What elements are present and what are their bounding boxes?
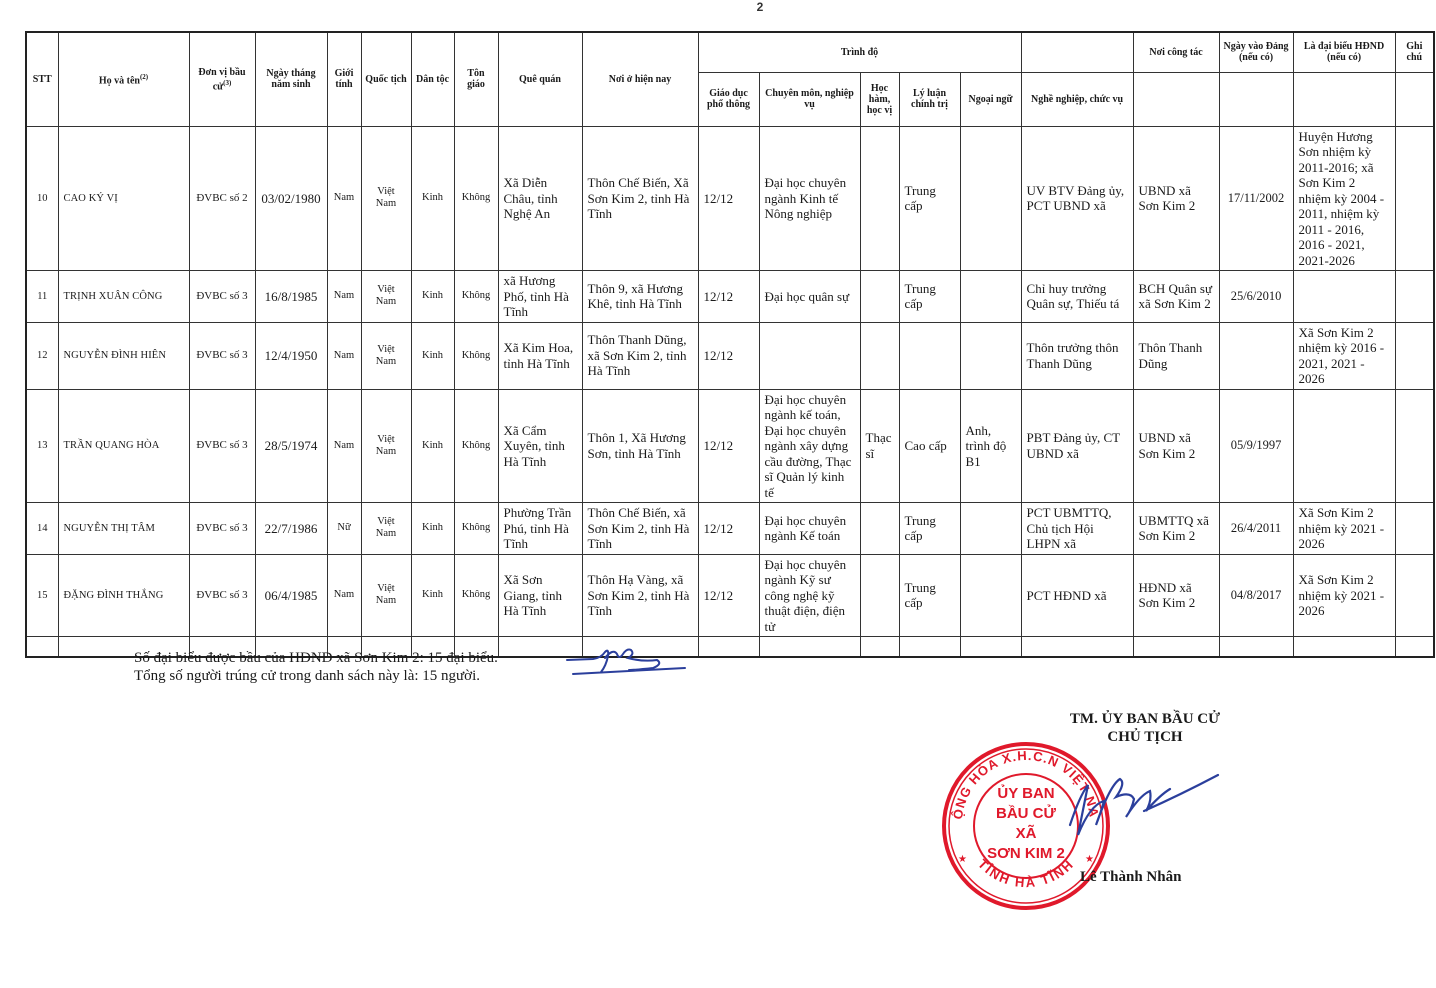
cell-occupation: Thôn trưởng thôn Thanh Dũng: [1021, 322, 1133, 389]
header-party-sub: [1219, 72, 1293, 126]
cell-academic-degree: Thạc sĩ: [860, 389, 899, 503]
cell-workplace: UBND xã Sơn Kim 2: [1133, 389, 1219, 503]
cell-political-theory: Trung cấp: [899, 271, 960, 323]
header-party-join-date: Ngày vào Đảng (nếu có): [1219, 32, 1293, 72]
cell-notes: [1395, 389, 1434, 503]
signature-position: CHỦ TỊCH: [1040, 728, 1250, 746]
cell-council-delegate: Xã Sơn Kim 2 nhiệm kỳ 2016 - 2021, 2021 …: [1293, 322, 1395, 389]
cell-specialization: [759, 322, 860, 389]
cell-name: NGUYỄN THỊ TÂM: [58, 503, 189, 555]
header-dob: Ngày tháng năm sinh: [255, 32, 327, 126]
empty-cell: [1021, 637, 1133, 657]
cell-council-delegate: [1293, 271, 1395, 323]
header-council-delegate: Là đại biểu HĐND (nếu có): [1293, 32, 1395, 72]
cell-nationality: Việt Nam: [361, 271, 411, 323]
cell-party-join-date: 05/9/1997: [1219, 389, 1293, 503]
svg-text:XÃ: XÃ: [1016, 824, 1037, 842]
cell-name: TRỊNH XUÂN CÔNG: [58, 271, 189, 323]
cell-notes: [1395, 554, 1434, 637]
cell-stt: 15: [26, 554, 58, 637]
empty-cell: [1293, 637, 1395, 657]
header-workplace: Nơi công tác: [1133, 32, 1219, 72]
cell-nationality: Việt Nam: [361, 503, 411, 555]
cell-religion: Không: [454, 271, 498, 323]
header-gender: Giới tính: [327, 32, 361, 126]
cell-general-education: 12/12: [698, 322, 759, 389]
cell-gender: Nam: [327, 389, 361, 503]
cell-general-education: 12/12: [698, 503, 759, 555]
cell-gender: Nam: [327, 271, 361, 323]
cell-ethnicity: Kinh: [411, 322, 454, 389]
cell-residence: Thôn Chế Biến, xã Sơn Kim 2, tỉnh Hà Tĩn…: [582, 503, 698, 555]
signer-name: Lê Thành Nhân: [1080, 869, 1181, 886]
table-row: 13TRẦN QUANG HÒAĐVBC số 328/5/1974NamViệ…: [26, 389, 1434, 503]
header-occupation-top: [1021, 32, 1133, 72]
cell-workplace: UBND xã Sơn Kim 2: [1133, 126, 1219, 271]
cell-unit: ĐVBC số 3: [189, 389, 255, 503]
cell-residence: Thôn 1, Xã Hương Sơn, tỉnh Hà Tĩnh: [582, 389, 698, 503]
cell-party-join-date: 26/4/2011: [1219, 503, 1293, 555]
cell-ethnicity: Kinh: [411, 126, 454, 271]
cell-nationality: Việt Nam: [361, 322, 411, 389]
cell-dob: 28/5/1974: [255, 389, 327, 503]
cell-academic-degree: [860, 554, 899, 637]
cell-council-delegate: Xã Sơn Kim 2 nhiệm kỳ 2021 - 2026: [1293, 554, 1395, 637]
cell-unit: ĐVBC số 3: [189, 322, 255, 389]
table-row: 15ĐẶNG ĐÌNH THẮNGĐVBC số 306/4/1985NamVi…: [26, 554, 1434, 637]
cell-religion: Không: [454, 503, 498, 555]
cell-specialization: Đại học chuyên ngành Kinh tế Nông nghiệp: [759, 126, 860, 271]
cell-ethnicity: Kinh: [411, 389, 454, 503]
summary-elected-count: Số đại biểu được bầu của HĐND xã Sơn Kim…: [134, 649, 498, 667]
cell-gender: Nam: [327, 126, 361, 271]
cell-stt: 12: [26, 322, 58, 389]
cell-residence: Thôn Chế Biến, Xã Sơn Kim 2, tỉnh Hà Tĩn…: [582, 126, 698, 271]
table-row: 10CAO KÝ VỊĐVBC số 203/02/1980NamViệt Na…: [26, 126, 1434, 271]
cell-occupation: UV BTV Đảng ủy, PCT UBND xã: [1021, 126, 1133, 271]
cell-ethnicity: Kinh: [411, 503, 454, 555]
svg-text:ỦY BAN: ỦY BAN: [997, 784, 1054, 802]
cell-foreign-language: [960, 271, 1021, 323]
cell-foreign-language: [960, 554, 1021, 637]
header-notes: Ghi chú: [1395, 32, 1434, 72]
cell-name: ĐẶNG ĐÌNH THẮNG: [58, 554, 189, 637]
cell-religion: Không: [454, 389, 498, 503]
cell-council-delegate: Xã Sơn Kim 2 nhiệm kỳ 2021 - 2026: [1293, 503, 1395, 555]
cell-academic-degree: [860, 503, 899, 555]
header-general-education: Giáo dục phổ thông: [698, 72, 759, 126]
signature-org-title: TM. ỦY BAN BẦU CỬ: [1040, 710, 1250, 728]
cell-political-theory: Cao cấp: [899, 389, 960, 503]
header-stt: STT: [26, 32, 58, 126]
svg-text:BẦU CỬ: BẦU CỬ: [996, 804, 1056, 822]
empty-cell: [759, 637, 860, 657]
cell-general-education: 12/12: [698, 126, 759, 271]
cell-residence: Thôn Hạ Vàng, xã Sơn Kim 2, tỉnh Hà Tĩnh: [582, 554, 698, 637]
cell-stt: 10: [26, 126, 58, 271]
cell-name: NGUYỄN ĐÌNH HIÊN: [58, 322, 189, 389]
cell-dob: 03/02/1980: [255, 126, 327, 271]
empty-cell: [960, 637, 1021, 657]
cell-specialization: Đại học chuyên ngành Kỹ sư công nghệ kỹ …: [759, 554, 860, 637]
empty-cell: [899, 637, 960, 657]
cell-notes: [1395, 503, 1434, 555]
cell-party-join-date: 04/8/2017: [1219, 554, 1293, 637]
svg-text:★: ★: [958, 854, 967, 865]
cell-notes: [1395, 126, 1434, 271]
cell-unit: ĐVBC số 2: [189, 126, 255, 271]
cell-workplace: Thôn Thanh Dũng: [1133, 322, 1219, 389]
cell-gender: Nam: [327, 322, 361, 389]
cell-dob: 22/7/1986: [255, 503, 327, 555]
table-row: 11TRỊNH XUÂN CÔNGĐVBC số 316/8/1985NamVi…: [26, 271, 1434, 323]
cell-workplace: UBMTTQ xã Sơn Kim 2: [1133, 503, 1219, 555]
empty-cell: [1395, 637, 1434, 657]
signature-block: TM. ỦY BAN BẦU CỬ CHỦ TỊCH: [1040, 710, 1250, 746]
cell-hometown: xã Hương Phố, tỉnh Hà Tĩnh: [498, 271, 582, 323]
cell-hometown: Xã Diễn Châu, tỉnh Nghệ An: [498, 126, 582, 271]
header-ethnicity: Dân tộc: [411, 32, 454, 126]
cell-political-theory: Trung cấp: [899, 503, 960, 555]
empty-cell: [860, 637, 899, 657]
cell-dob: 06/4/1985: [255, 554, 327, 637]
cell-religion: Không: [454, 322, 498, 389]
empty-cell: [26, 637, 58, 657]
cell-religion: Không: [454, 554, 498, 637]
header-political-theory: Lý luận chính trị: [899, 72, 960, 126]
cell-name: TRẦN QUANG HÒA: [58, 389, 189, 503]
cell-academic-degree: [860, 271, 899, 323]
cell-name: CAO KÝ VỊ: [58, 126, 189, 271]
cell-religion: Không: [454, 126, 498, 271]
header-specialization: Chuyên môn, nghiệp vụ: [759, 72, 860, 126]
cell-notes: [1395, 271, 1434, 323]
cell-workplace: HĐND xã Sơn Kim 2: [1133, 554, 1219, 637]
cell-party-join-date: 25/6/2010: [1219, 271, 1293, 323]
header-qualification-group: Trình độ: [698, 32, 1021, 72]
cell-political-theory: [899, 322, 960, 389]
page-number: 2: [0, 0, 1436, 14]
header-occupation: Nghề nghiệp, chức vụ: [1021, 72, 1133, 126]
cell-ethnicity: Kinh: [411, 271, 454, 323]
header-nationality: Quốc tịch: [361, 32, 411, 126]
cell-occupation: PCT UBMTTQ, Chủ tịch Hội LHPN xã: [1021, 503, 1133, 555]
cell-residence: Thôn 9, xã Hương Khê, tỉnh Hà Tĩnh: [582, 271, 698, 323]
cell-workplace: BCH Quân sự xã Sơn Kim 2: [1133, 271, 1219, 323]
header-academic-degree: Học hàm, học vị: [860, 72, 899, 126]
cell-residence: Thôn Thanh Dũng, xã Sơn Kim 2, tỉnh Hà T…: [582, 322, 698, 389]
cell-gender: Nữ: [327, 503, 361, 555]
cell-occupation: PCT HĐND xã: [1021, 554, 1133, 637]
cell-dob: 16/8/1985: [255, 271, 327, 323]
cell-hometown: Xã Cẩm Xuyên, tỉnh Hà Tĩnh: [498, 389, 582, 503]
svg-text:★: ★: [1085, 854, 1094, 865]
cell-general-education: 12/12: [698, 554, 759, 637]
cell-occupation: PBT Đảng ủy, CT UBND xã: [1021, 389, 1133, 503]
cell-gender: Nam: [327, 554, 361, 637]
cell-political-theory: Trung cấp: [899, 126, 960, 271]
cell-notes: [1395, 322, 1434, 389]
header-electoral-unit: Đơn vị bầu cử(3): [189, 32, 255, 126]
cell-nationality: Việt Nam: [361, 389, 411, 503]
elected-delegates-table: STT Họ và tên(2) Đơn vị bầu cử(3) Ngày t…: [25, 31, 1435, 658]
header-full-name: Họ và tên(2): [58, 32, 189, 126]
chairman-signature-icon: [1060, 765, 1230, 845]
cell-unit: ĐVBC số 3: [189, 554, 255, 637]
cell-party-join-date: [1219, 322, 1293, 389]
cell-foreign-language: Anh, trình độ B1: [960, 389, 1021, 503]
cell-foreign-language: [960, 126, 1021, 271]
cell-general-education: 12/12: [698, 271, 759, 323]
cell-academic-degree: [860, 126, 899, 271]
initials-signature-icon: [565, 640, 690, 685]
header-religion: Tôn giáo: [454, 32, 498, 126]
cell-specialization: Đại học chuyên ngành kế toán, Đại học ch…: [759, 389, 860, 503]
cell-unit: ĐVBC số 3: [189, 271, 255, 323]
cell-hometown: Xã Kim Hoa, tỉnh Hà Tĩnh: [498, 322, 582, 389]
cell-stt: 14: [26, 503, 58, 555]
table-row: 14NGUYỄN THỊ TÂMĐVBC số 322/7/1986NữViệt…: [26, 503, 1434, 555]
table-row: 12NGUYỄN ĐÌNH HIÊNĐVBC số 312/4/1950NamV…: [26, 322, 1434, 389]
header-council-sub: [1293, 72, 1395, 126]
cell-council-delegate: Huyện Hương Sơn nhiệm kỳ 2011-2016; xã S…: [1293, 126, 1395, 271]
cell-specialization: Đại học quân sự: [759, 271, 860, 323]
cell-stt: 11: [26, 271, 58, 323]
table-body: 10CAO KÝ VỊĐVBC số 203/02/1980NamViệt Na…: [26, 126, 1434, 657]
empty-cell: [1219, 637, 1293, 657]
cell-political-theory: Trung cấp: [899, 554, 960, 637]
summary-total-winners: Tổng số người trúng cử trong danh sách n…: [134, 667, 498, 685]
cell-nationality: Việt Nam: [361, 554, 411, 637]
empty-cell: [698, 637, 759, 657]
cell-occupation: Chỉ huy trưởng Quân sự, Thiếu tá: [1021, 271, 1133, 323]
cell-council-delegate: [1293, 389, 1395, 503]
cell-unit: ĐVBC số 3: [189, 503, 255, 555]
header-foreign-language: Ngoại ngữ: [960, 72, 1021, 126]
svg-text:SƠN KIM 2: SƠN KIM 2: [987, 845, 1065, 862]
cell-ethnicity: Kinh: [411, 554, 454, 637]
cell-nationality: Việt Nam: [361, 126, 411, 271]
cell-specialization: Đại học chuyên ngành Kế toán: [759, 503, 860, 555]
header-workplace-sub: [1133, 72, 1219, 126]
cell-hometown: Xã Sơn Giang, tỉnh Hà Tĩnh: [498, 554, 582, 637]
empty-cell: [1133, 637, 1219, 657]
header-hometown: Quê quán: [498, 32, 582, 126]
cell-general-education: 12/12: [698, 389, 759, 503]
cell-foreign-language: [960, 503, 1021, 555]
cell-hometown: Phường Trần Phú, tỉnh Hà Tĩnh: [498, 503, 582, 555]
header-notes-sub: [1395, 72, 1434, 126]
cell-foreign-language: [960, 322, 1021, 389]
header-residence: Nơi ở hiện nay: [582, 32, 698, 126]
summary: Số đại biểu được bầu của HĐND xã Sơn Kim…: [134, 649, 498, 685]
cell-party-join-date: 17/11/2002: [1219, 126, 1293, 271]
cell-academic-degree: [860, 322, 899, 389]
cell-dob: 12/4/1950: [255, 322, 327, 389]
cell-stt: 13: [26, 389, 58, 503]
